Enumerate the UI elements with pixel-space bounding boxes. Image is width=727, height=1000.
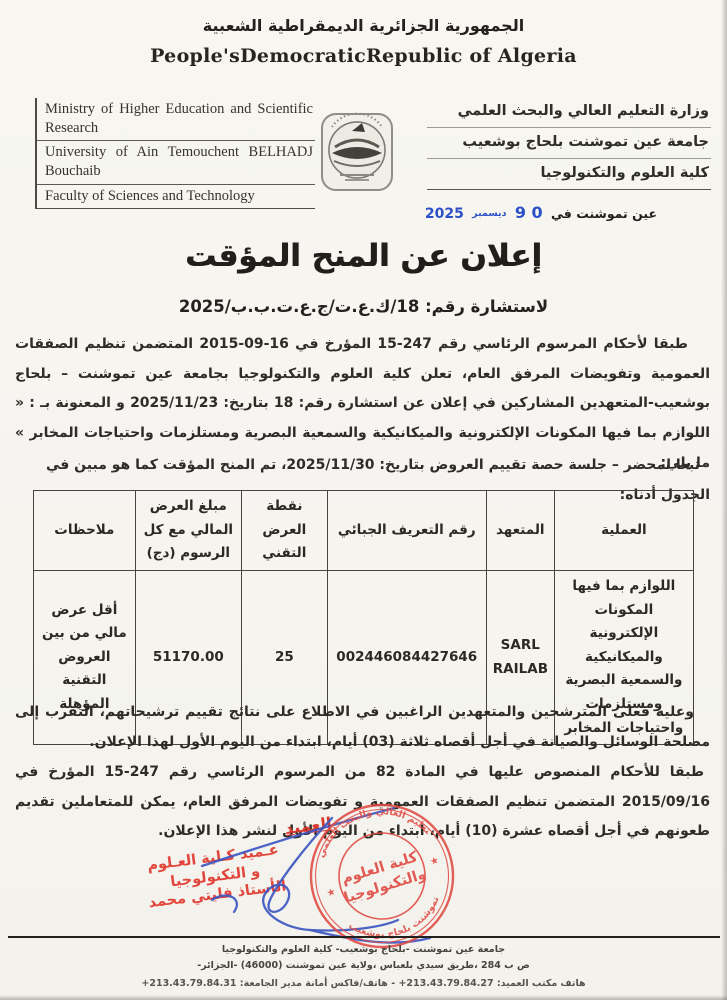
ministry-block-english: Ministry of Higher Education and Scienti… bbox=[35, 98, 315, 209]
col-amount: مبلغ العرض المالي مع كل الرسوم (دج) bbox=[135, 491, 241, 571]
stamp-star-right: ★ bbox=[429, 855, 441, 868]
col-remarks: ملاحظات bbox=[34, 491, 136, 571]
ministry-line: Ministry of Higher Education and Scienti… bbox=[37, 98, 315, 141]
consultation-reference: لاستشارة رقم: 18/ك.ع.ت/ج.ع.ت.ب.ب/2025 bbox=[0, 297, 727, 316]
col-operation: العملية bbox=[554, 491, 693, 571]
date-stamp-day: 0 9 bbox=[515, 203, 543, 222]
place-date-line: عين تموشنت في 0 9 ديسمبر 2025 bbox=[425, 203, 657, 222]
table-header-row: العملية المتعهد رقم التعريف الجبائي نقطة… bbox=[34, 491, 694, 571]
footer-phone-line: هاتف مكتب العميد: ‎+213.43.79.84.27‎ - ه… bbox=[0, 978, 727, 989]
footer-address-line: ص ب 284 ،طريق سيدي بلعباس ،ولاية عين تمو… bbox=[0, 960, 727, 971]
ministry-block-arabic: وزارة التعليم العالي والبحث العلمي جامعة… bbox=[427, 97, 711, 190]
stamp-star-left: ★ bbox=[325, 887, 337, 900]
announcement-title: إعلان عن المنح المؤقت bbox=[0, 238, 727, 274]
university-line: University of Ain Temouchent BELHADJ Bou… bbox=[37, 141, 315, 184]
country-name-english: People'sDemocraticRepublic of Algeria bbox=[0, 45, 727, 67]
col-bidder: المتعهد bbox=[486, 491, 554, 571]
footer-divider-line bbox=[8, 936, 720, 938]
date-stamp-month: ديسمبر bbox=[472, 208, 506, 219]
date-place-label: عين تموشنت في bbox=[551, 206, 657, 221]
results-consult-paragraph: وعليه فعلى المترشحين والمتعهدين الراغبين… bbox=[15, 698, 710, 757]
scan-edge-shadow-bottom bbox=[0, 995, 727, 1000]
round-official-stamp: وزارة التعليم العالي والبحث العلمي جامعة… bbox=[303, 798, 461, 954]
faculty-line-ar: كلية العلوم والتكنولوجيا bbox=[427, 159, 711, 190]
university-seal-logo bbox=[318, 111, 396, 193]
scan-edge-shadow-right bbox=[721, 0, 727, 1000]
date-stamp-year: 2025 bbox=[425, 206, 464, 222]
scanned-document-page: الجمهورية الجزائرية الديمقراطية الشعبية … bbox=[0, 0, 727, 1000]
university-line-ar: جامعة عين تموشنت بلحاج بوشعيب bbox=[427, 128, 711, 159]
col-tax-id: رقم التعريف الجبائي bbox=[327, 491, 486, 571]
ministry-line-ar: وزارة التعليم العالي والبحث العلمي bbox=[427, 97, 711, 128]
col-tech-score: نقطة العرض التقني bbox=[241, 491, 327, 571]
country-name-arabic: الجمهورية الجزائرية الديمقراطية الشعبية bbox=[0, 16, 727, 35]
footer-university-line: جامعة عين تموشنت -بلحاج بوشعيب- كلية الع… bbox=[0, 944, 727, 955]
faculty-line: Faculty of Sciences and Technology bbox=[37, 185, 315, 209]
